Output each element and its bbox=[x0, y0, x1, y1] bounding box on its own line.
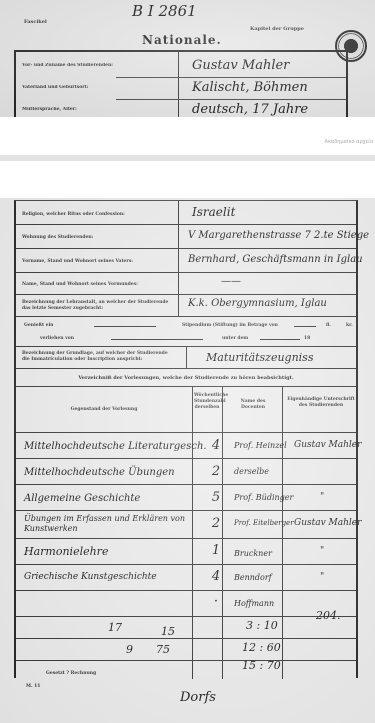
granted-by-label: verliehen von bbox=[40, 336, 74, 341]
student-signature: Gustav Mahler bbox=[294, 518, 361, 528]
lectures-table: Gegenstand der Vorlesung Wöchentliche St… bbox=[16, 387, 356, 679]
nationale-scan-top: B I 2861 Fascikel Kapitel der Gruppe Nat… bbox=[0, 0, 375, 117]
lecture-hours: 4 bbox=[206, 569, 226, 584]
florin-label: fl. bbox=[326, 323, 331, 328]
field-label: Religion, welcher Ritus oder Confession: bbox=[22, 212, 172, 218]
field-row-matriculation-basis: Bezeichnung der Grundlage, auf welcher d… bbox=[16, 347, 356, 369]
student-signature: " bbox=[320, 546, 324, 556]
stipend-label: Genießt ein bbox=[24, 323, 53, 328]
field-value-handwritten: —— bbox=[221, 276, 241, 287]
lecture-hours: · bbox=[206, 594, 226, 609]
column-divider bbox=[178, 201, 179, 224]
field-label: Vor- und Zuname des Studierenden: bbox=[22, 63, 172, 68]
lecture-subject: Übungen im Erfassen und Erklären von Kun… bbox=[24, 514, 189, 534]
lecturer-name: derselbe bbox=[234, 467, 269, 476]
field-row-father: Vorname, Stand und Wohnort seines Vaters… bbox=[16, 249, 356, 273]
stipend-section: Genießt ein Stipendium (Stiftung) im Bet… bbox=[16, 317, 356, 347]
form-title: Nationale. bbox=[142, 33, 222, 47]
student-signature: " bbox=[320, 572, 324, 582]
table-row: Harmonielehre 1 Bruckner " bbox=[16, 539, 356, 565]
lecturer-name: Prof. Eitelberger bbox=[234, 519, 294, 527]
official-signature: Dorfs bbox=[180, 690, 216, 705]
blank-line bbox=[260, 339, 300, 340]
student-signature: " bbox=[320, 492, 324, 502]
column-divider bbox=[178, 295, 179, 316]
blank-line bbox=[94, 326, 156, 327]
image-caption: Ακαδημαϊκό αρχείο bbox=[325, 139, 373, 145]
kreuzer-label: kr. bbox=[346, 323, 353, 328]
column-header-signature: Eigenhändige Unterschrift des Studierend… bbox=[286, 397, 356, 409]
field-label: Vaterland und Geburtsort: bbox=[22, 85, 172, 90]
lecture-hours: 5 bbox=[206, 490, 226, 505]
column-divider bbox=[178, 225, 179, 248]
lecture-hours: 4 bbox=[206, 438, 226, 453]
total-entry: 204. bbox=[316, 609, 341, 622]
field-row-name: Vor- und Zuname des Studierenden: Gustav… bbox=[16, 56, 346, 78]
kapitel-label: Kapitel der Gruppe bbox=[250, 26, 304, 32]
column-header-lecturer: Name des Docenten bbox=[228, 399, 278, 411]
section-separator bbox=[0, 155, 375, 161]
crossed-number: 15 bbox=[161, 625, 175, 638]
field-value-handwritten: Kalischt, Böhmen bbox=[192, 80, 308, 95]
archive-number: B I 2861 bbox=[132, 2, 197, 20]
tally-row: 17 15 3 : 10 204. bbox=[16, 617, 356, 639]
lecture-hours: 1 bbox=[206, 543, 226, 558]
lecturer-name: Prof. Heinzel bbox=[234, 441, 287, 450]
field-label: Name, Stand und Wohnort seines Vormundes… bbox=[22, 282, 172, 288]
lecturer-name: Prof. Büdinger bbox=[234, 493, 293, 502]
column-divider bbox=[186, 347, 187, 368]
lecturer-name: Bruckner bbox=[234, 549, 272, 558]
table-header-row: Gegenstand der Vorlesung Wöchentliche St… bbox=[16, 387, 356, 433]
table-row: Allgemeine Geschichte 5 Prof. Büdinger " bbox=[16, 485, 356, 511]
lecture-subject: Allgemeine Geschichte bbox=[24, 493, 140, 504]
field-row-residence: Wohnung des Studierenden: V Margarethens… bbox=[16, 225, 356, 249]
field-value-handwritten: K.k. Obergymnasium, Iglau bbox=[188, 298, 327, 309]
table-row: Mittelhochdeutsche Übungen 2 derselbe bbox=[16, 459, 356, 485]
crossed-number: 17 bbox=[108, 621, 122, 634]
column-header-subject: Gegenstand der Vorlesung bbox=[16, 407, 192, 413]
field-value-handwritten: Bernhard, Geschäftsmann in Iglau bbox=[188, 254, 363, 265]
fee-entry: 3 : 10 bbox=[246, 619, 278, 632]
lecture-subject: Griechische Kunstgeschichte bbox=[24, 572, 157, 582]
lecture-subject: Mittelhochdeutsche Literaturgesch. bbox=[24, 441, 207, 452]
fee-entry: 15 : 70 bbox=[242, 659, 281, 672]
table-row: Übungen im Erfassen und Erklären von Kun… bbox=[16, 511, 356, 539]
blank-line bbox=[294, 326, 316, 327]
lecturer-name: Benndorf bbox=[234, 573, 272, 582]
field-label: Bezeichnung der Grundlage, auf welcher d… bbox=[22, 351, 172, 363]
field-label: Bezeichnung der Lehranstalt, an welcher … bbox=[22, 300, 172, 312]
field-value-handwritten: deutsch, 17 Jahre bbox=[192, 102, 308, 117]
crossed-number: 75 bbox=[156, 643, 170, 656]
table-row: Mittelhochdeutsche Literaturgesch. 4 Pro… bbox=[16, 433, 356, 459]
field-row-language-age: Muttersprache, Alter: deutsch, 17 Jahre bbox=[16, 100, 346, 117]
field-value-handwritten: Israelit bbox=[192, 205, 235, 219]
field-label: Wohnung des Studierenden: bbox=[22, 235, 172, 241]
field-row-previous-school: Bezeichnung der Lehranstalt, an welcher … bbox=[16, 295, 356, 317]
form-frame: Religion, welcher Ritus oder Confession:… bbox=[14, 200, 358, 678]
field-value-handwritten: V Margarethenstrasse 7 2.te Stiege bbox=[188, 230, 369, 241]
form-number: M. 11 bbox=[26, 684, 40, 689]
lecture-subject: Harmonielehre bbox=[24, 545, 108, 558]
column-header-hours: Wöchentliche Stundenzahl derselben bbox=[194, 393, 220, 411]
fee-entry: 12 : 60 bbox=[242, 641, 281, 654]
lecture-hours: 2 bbox=[206, 464, 226, 479]
field-value-handwritten: Gustav Mahler bbox=[192, 58, 289, 73]
table-row: · Hoffmann bbox=[16, 591, 356, 617]
field-label: Vorname, Stand und Wohnort seines Vaters… bbox=[22, 259, 172, 265]
year-prefix: 18 bbox=[304, 336, 310, 341]
lectures-heading: Verzeichniß der Vorlesungen, welche der … bbox=[16, 375, 356, 381]
field-row-birthplace: Vaterland und Geburtsort: Kalischt, Böhm… bbox=[16, 78, 346, 100]
lecturer-name: Hoffmann bbox=[234, 599, 274, 608]
field-value-handwritten: Maturitätszeugniss bbox=[206, 351, 313, 364]
stipend-amount-label: Stipendium (Stiftung) im Betrage von bbox=[182, 323, 278, 328]
field-row-guardian: Name, Stand und Wohnort seines Vormundes… bbox=[16, 273, 356, 295]
field-label: Muttersprache, Alter: bbox=[22, 107, 172, 112]
crossed-number: 9 bbox=[126, 643, 133, 656]
field-row-religion: Religion, welcher Ritus oder Confession:… bbox=[16, 201, 356, 225]
column-divider bbox=[178, 249, 179, 272]
fascikel-label: Fascikel bbox=[24, 19, 47, 25]
table-row: Griechische Kunstgeschichte 4 Benndorf " bbox=[16, 565, 356, 591]
column-divider bbox=[178, 273, 179, 294]
tally-row: 15 : 70 bbox=[16, 661, 356, 679]
blank-line bbox=[111, 339, 203, 340]
nationale-scan-bottom: Religion, welcher Ritus oder Confession:… bbox=[0, 198, 375, 723]
lecture-subject: Mittelhochdeutsche Übungen bbox=[24, 467, 175, 478]
tally-row: 9 75 12 : 60 bbox=[16, 639, 356, 661]
lecture-hours: 2 bbox=[206, 516, 226, 531]
footer-note: Gesetzt ? Rechnung bbox=[46, 671, 96, 676]
personal-details-form: Vor- und Zuname des Studierenden: Gustav… bbox=[14, 50, 348, 117]
dated-label: unter dem bbox=[222, 336, 248, 341]
student-signature: Gustav Mahler bbox=[294, 440, 361, 450]
lectures-heading-row: Verzeichniß der Vorlesungen, welche der … bbox=[16, 369, 356, 387]
